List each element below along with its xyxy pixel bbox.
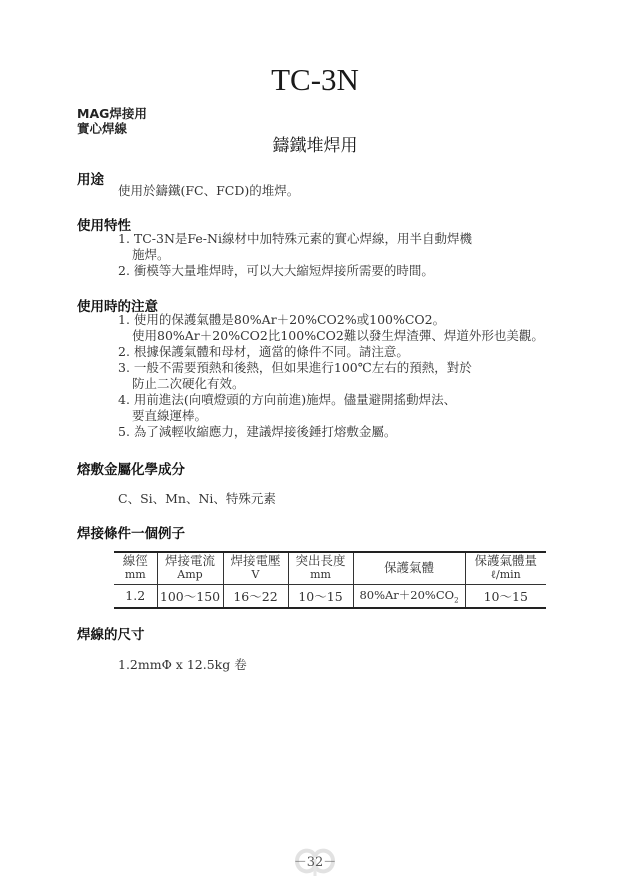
cell-gas-flow: 10～15 (465, 584, 546, 608)
application-subtitle: 鑄鐵堆焊用 (0, 131, 630, 156)
usage-text: 使用於鑄鐵(FC、FCD)的堆焊。 (118, 183, 299, 199)
precaution-item-1-cont: 使用80%Ar＋20%CO2比100%CO2難以發生焊渣彈、焊道外形也美觀。 (132, 328, 544, 344)
precaution-item-5: 5. 為了減輕收縮應力，建議焊接後錘打熔敷金屬。 (118, 424, 396, 440)
table-header-row: 線徑mm 焊接電流Amp 焊接電壓V 突出長度mm 保護氣體 保護氣體量ℓ/mi… (114, 552, 546, 584)
precaution-item-4-cont: 要直線運棒。 (132, 408, 207, 424)
precaution-item-3-cont: 防止二次硬化有效。 (132, 376, 245, 392)
feature-item-1: 1. TC-3N是Fe-Ni線材中加特殊元素的實心焊線，用半自動焊機 (118, 231, 472, 247)
size-text: 1.2mmΦ x 12.5kg 卷 (118, 657, 247, 673)
conditions-heading: 焊接條件一個例子 (77, 522, 185, 542)
chemistry-heading: 熔敷金屬化學成分 (77, 458, 185, 478)
welding-conditions-table: 線徑mm 焊接電流Amp 焊接電壓V 突出長度mm 保護氣體 保護氣體量ℓ/mi… (114, 551, 546, 609)
header-voltage: 焊接電壓V (223, 552, 288, 584)
header-current: 焊接電流Amp (157, 552, 223, 584)
header-gas-flow: 保護氣體量ℓ/min (465, 552, 546, 584)
feature-item-2: 2. 衝模等大量堆焊時，可以大大縮短焊接所需要的時間。 (118, 263, 434, 279)
header-stickout: 突出長度mm (288, 552, 353, 584)
cell-voltage: 16～22 (223, 584, 288, 608)
cell-wire-diameter: 1.2 (114, 584, 157, 608)
product-code-title: TC-3N (0, 62, 630, 98)
table-row: 1.2 100～150 16～22 10～15 80%Ar＋20%CO2 10～… (114, 584, 546, 608)
page-number: －32－ (0, 851, 630, 870)
size-heading: 焊線的尺寸 (77, 623, 145, 643)
header-shielding-gas: 保護氣體 (353, 552, 465, 584)
cell-stickout: 10～15 (288, 584, 353, 608)
precaution-item-1: 1. 使用的保護氣體是80%Ar＋20%CO2%或100%CO2。 (118, 312, 445, 328)
cell-current: 100～150 (157, 584, 223, 608)
usage-heading: 用途 (77, 168, 104, 188)
cell-shielding-gas: 80%Ar＋20%CO2 (353, 584, 465, 608)
precaution-item-2: 2. 根據保護氣體和母材，適當的條件不同。請注意。 (118, 344, 409, 360)
precaution-item-3: 3. 一般不需要預熱和後熱，但如果進行100℃左右的預熱，對於 (118, 360, 472, 376)
chemistry-text: C、Si、Mn、Ni、特殊元素 (118, 491, 276, 507)
feature-item-1-cont: 施焊。 (132, 247, 170, 263)
header-wire-diameter: 線徑mm (114, 552, 157, 584)
precaution-item-4: 4. 用前進法(向噴燈頭的方向前進)施焊。儘量避開搖動焊法、 (118, 392, 456, 408)
